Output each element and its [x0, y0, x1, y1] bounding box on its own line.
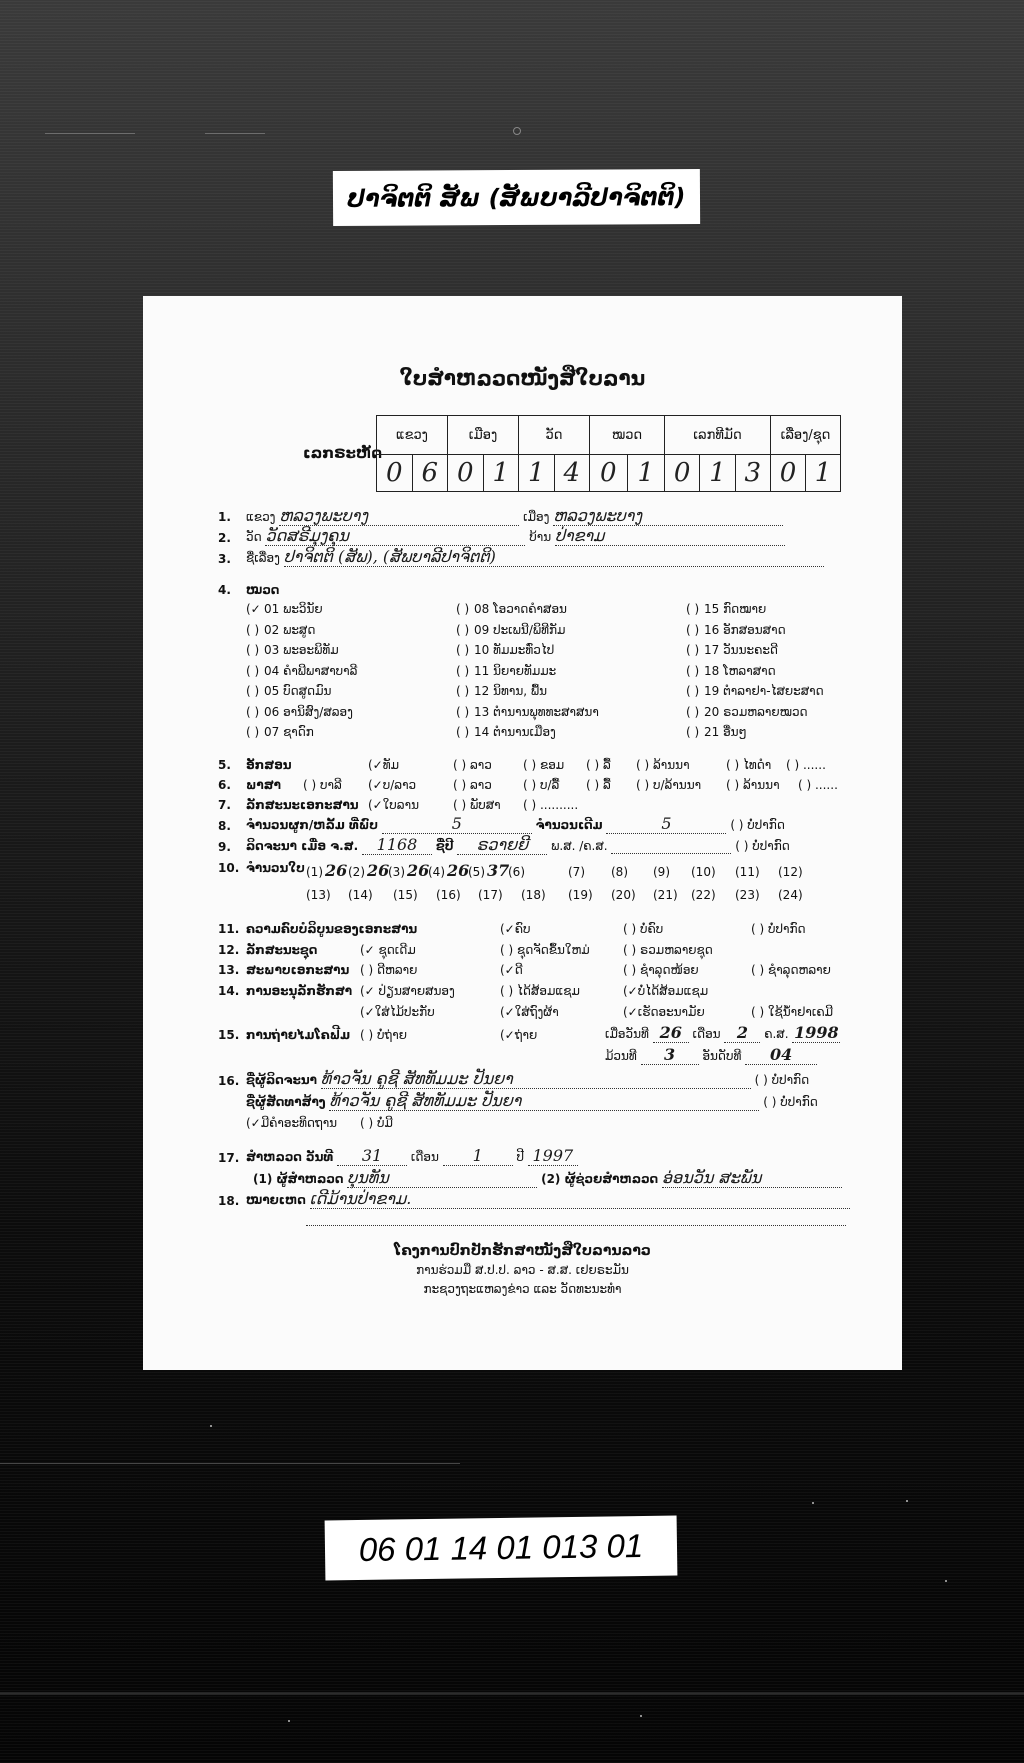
field-number: 12.: [218, 943, 239, 957]
ref-header-title-set: ເລື່ອງ/ຊຸດ: [771, 416, 841, 455]
field-label: ຄວາມຄົບບໍລິບູນຂອງເອກະສານ: [246, 922, 417, 936]
ref-digit: 3: [735, 455, 770, 492]
footer-project-name: ໂຄງການປົກປັກຮັກສາໜັງສືໃບລານລາວ: [143, 1242, 902, 1261]
village-value: ປ່າຂາມ: [555, 526, 785, 546]
language-option-pali-lue[interactable]: ( ) ບ/ລື້: [523, 778, 559, 792]
microfilm-option-filmed[interactable]: (✓ຖ່າຍ: [500, 1028, 537, 1042]
preservation-option-not-repaired[interactable]: (✓ບໍ່ໄດ້ສ້ອມແຊມ: [623, 984, 708, 998]
checkbox-icon: ( ): [686, 705, 704, 719]
ref-header-category: ໝວດ: [590, 416, 665, 455]
fascicles-found-value: 5: [382, 814, 532, 834]
leaf-count-entry: (18): [521, 884, 548, 903]
category-label: 15 ກົດໝາຍ: [704, 602, 766, 616]
leaf-index: (18): [521, 888, 546, 902]
leaf-count-entry: (9): [653, 861, 672, 880]
leaf-count-entry: (13): [306, 884, 333, 903]
type-option-folded-paper[interactable]: ( ) ພັບສາ: [453, 798, 501, 812]
leaf-count-entry: (2)26: [348, 861, 389, 880]
category-label: 19 ຕຳລາຢາ-ໄສຍະສາດ: [704, 684, 824, 698]
field-number: 1.: [218, 510, 231, 524]
leaf-index: (8): [611, 865, 628, 879]
preservation-option-cloth-bag[interactable]: (✓ໃສ່ຖົງຜ້າ: [500, 1005, 559, 1019]
speck: [513, 127, 521, 135]
ref-digit: 1: [806, 455, 841, 492]
leaf-count-entry: (4)26: [428, 861, 469, 880]
field-label: ການອະນຸລັກຮັກສາ: [246, 984, 352, 998]
script-option-khom[interactable]: ( ) ຂອມ: [523, 758, 564, 772]
speck: [906, 1500, 908, 1502]
leaf-index: (24): [778, 888, 803, 902]
leaf-index: (23): [735, 888, 760, 902]
leaf-count-value: 26: [447, 861, 469, 880]
leaf-count-entry: (16): [436, 884, 463, 903]
category-option[interactable]: ( )16 ອັກສອນສາດ: [686, 623, 786, 637]
category-label: 18 ໂຫລາສາດ: [704, 664, 776, 678]
completeness-option-unknown[interactable]: ( ) ບໍ່ປາກົດ: [751, 922, 806, 936]
leaf-index: (22): [691, 888, 716, 902]
colophon-option-yes[interactable]: (✓ມີຄຳອະທິດຖານ: [246, 1116, 337, 1130]
condition-option-good[interactable]: (✓ດີ: [500, 963, 523, 977]
field-number: 17.: [218, 1151, 239, 1165]
field-temple: ວັດ ວັດສຣີມຸງຄຸນ ບ້ານ ປ່າຂາມ: [246, 526, 785, 546]
leaf-index: (10): [691, 865, 716, 879]
remarks-line-2: [306, 1211, 846, 1226]
ref-header-district: ເມືອງ: [448, 416, 519, 455]
category-label: 13 ຕຳນານພຸທທະສາສນາ: [474, 705, 599, 719]
preservation-option-new-string[interactable]: (✓ ປ່ຽນສາຍສນອງ: [360, 984, 455, 998]
field-number: 13.: [218, 963, 239, 977]
field-label: ວັດ: [246, 530, 262, 544]
checkbox-icon: ( ): [246, 623, 264, 637]
sponsor-value: ທ້າວຈັນ ຄູຊີ ສັທທັມມະ ປັນຍາ: [329, 1091, 759, 1111]
checkbox-icon: ( ): [456, 705, 474, 719]
script-option-lanna[interactable]: ( ) ລ້ານນາ: [636, 758, 690, 772]
year-name-value: ຣວາຍຍີ: [457, 835, 547, 855]
field-label: ໝວດ: [246, 583, 279, 597]
field-number: 16.: [218, 1074, 239, 1088]
leaf-index: (6): [508, 865, 525, 879]
field-label: ລັກສະນະຊຸດ: [246, 943, 317, 957]
field-number: 11.: [218, 922, 239, 936]
microfilm-month: 2: [724, 1023, 760, 1043]
category-label: 03 ພະອະພິທັມ: [264, 643, 339, 657]
assistant-value: ອ່ອນວັນ ສະພັນ: [662, 1168, 842, 1188]
scan-streak: [0, 1692, 1024, 1695]
leaf-index: (14): [348, 888, 373, 902]
surveyor-value: ບຸນທັນ: [347, 1168, 537, 1188]
field-sponsor: ຊື່ຜູ້ສັດທາສ້າງ ທ້າວຈັນ ຄູຊີ ສັທທັມມະ ປັ…: [246, 1091, 818, 1111]
field-label: ຈຳນວນເດີມ: [536, 818, 603, 832]
microfilm-date: ເມື່ອວັນທີ 26 ເດືອນ 2 ຄ.ສ. 1998: [605, 1023, 840, 1043]
field-label: ຄ.ສ.: [764, 1027, 788, 1041]
field-province: ແຂວງ ຫລວງພະບາງ ເມືອງ ຫລວງພະບາງ: [246, 506, 783, 526]
ref-header-province: ແຂວງ: [377, 416, 448, 455]
field-number: 6.: [218, 778, 231, 792]
ref-digit: 1: [700, 455, 735, 492]
field-title: ຊື່ເລື່ອງ ປາຈິຕຕິ (ສັພ), (ສັພບາລີປາຈິຕຕິ…: [246, 547, 824, 567]
field-label: ຊື່ຜູ້ລິດຈະນາ: [246, 1073, 317, 1087]
checkbox-icon: ( ): [686, 684, 704, 698]
field-label: ເມືອງ: [523, 510, 549, 524]
field-label: ເມື່ອວັນທີ: [605, 1027, 649, 1041]
ref-digit: 0: [377, 455, 413, 492]
category-label: 06 ອານິສົງ/ສລອງ: [264, 705, 353, 719]
checkbox-icon: ( ): [456, 623, 474, 637]
field-label: ອັກສອນ: [246, 758, 292, 772]
field-label: ຈຳນວນໃບ: [246, 861, 305, 875]
field-label: ອັນດັບທີ: [702, 1049, 741, 1063]
scan-streak: [205, 133, 265, 134]
title-label: ປາຈິຕຕິ ສັພ (ສັພບາລີປາຈິຕຕິ): [333, 169, 700, 226]
category-option[interactable]: ( )15 ກົດໝາຍ: [686, 602, 766, 616]
category-option[interactable]: ( )03 ພະອະພິທັມ: [246, 643, 339, 657]
checkbox-icon: ( ): [686, 725, 704, 739]
category-option[interactable]: ( )07 ຊາດົກ: [246, 725, 314, 739]
category-label: 21 ອື່ນໆ: [704, 725, 747, 739]
checkbox-icon: ( ): [456, 725, 474, 739]
category-option[interactable]: ( )02 ພະສູດ: [246, 623, 315, 637]
leaf-count-value: 26: [367, 861, 389, 880]
condition-option-badly-damaged[interactable]: ( ) ຊຳລຸດຫລາຍ: [751, 963, 831, 977]
language-option-lao[interactable]: ( ) ລາວ: [453, 778, 492, 792]
leaf-count-entry: (8): [611, 861, 630, 880]
leaf-count-entry: (10): [691, 861, 718, 880]
language-option-pali[interactable]: ( ) ບາລີ: [303, 778, 342, 792]
language-option-lue[interactable]: ( ) ລື້: [586, 778, 611, 792]
field-fascicle-count: ຈຳນວນຜູກ/ຫລັ້ມ ທີ່ພົບ 5 ຈຳນວນເດີມ 5 ( ) …: [246, 814, 785, 834]
scan-streak: [0, 1463, 460, 1464]
preservation-option-wooden-covers[interactable]: (✓ໃສ່ໄມ້ປະກັບ: [360, 1005, 435, 1019]
category-label: 20 ຣວມຫລາຍໝວດ: [704, 705, 808, 719]
category-label: 01 ພະວິນັຍ: [264, 602, 323, 616]
form-title: ໃບສຳຫລວດໜັງສືໃບລານ: [143, 366, 902, 390]
category-label: 07 ຊາດົກ: [264, 725, 314, 739]
field-number: 14.: [218, 984, 239, 998]
leaf-count-entry: (17): [478, 884, 505, 903]
leaf-index: (17): [478, 888, 503, 902]
leaf-index: (11): [735, 865, 760, 879]
checkbox-icon: ( ): [456, 643, 474, 657]
title-value: ປາຈິຕຕິ (ສັພ), (ສັພບາລີປາຈິຕຕິ): [284, 547, 824, 567]
checkbox-icon: ( ): [686, 643, 704, 657]
leaf-count-value: 37: [487, 861, 509, 880]
type-option-other[interactable]: ( ) ..........: [523, 798, 578, 812]
leaf-index: (16): [436, 888, 461, 902]
category-option[interactable]: ( )09 ປະເພນີ/ພິທີກັມ: [456, 623, 565, 637]
survey-form: ໃບສຳຫລວດໜັງສືໃບລານ ເລກຣະຫັດ ແຂວງ ເມືອງ ວ…: [143, 296, 902, 1370]
condition-option-slightly-damaged[interactable]: ( ) ຊຳລຸດໜ້ອຍ: [623, 963, 699, 977]
field-survey-date: ສຳຫລວດ ວັນທີ 31 ເດືອນ 1 ປີ 1997: [246, 1146, 578, 1166]
category-label: 11 ນິຍາຍທັມມະ: [474, 664, 556, 678]
district-value: ຫລວງພະບາງ: [553, 506, 783, 526]
leaf-count-entry: (21): [653, 884, 680, 903]
ref-digit: 4: [554, 455, 590, 492]
leaf-index: (1): [306, 865, 323, 879]
remarks-value: ເດີມ້ານປ່າຂາມ.: [310, 1189, 850, 1209]
leaf-count-entry: (20): [611, 884, 638, 903]
leaf-index: (7): [568, 865, 585, 879]
checkbox-icon: ( ): [456, 664, 474, 678]
ref-digit: 6: [412, 455, 448, 492]
speck: [812, 1502, 814, 1504]
cs-year-value: 1168: [362, 835, 432, 855]
leaf-count-entry: (11): [735, 861, 762, 880]
field-number: 15.: [218, 1028, 239, 1042]
roll-value: 3: [641, 1045, 699, 1065]
field-label: ເດືອນ: [411, 1150, 439, 1164]
leaf-index: (15): [393, 888, 418, 902]
speck: [210, 1425, 212, 1427]
field-scribe: ຊື່ຜູ້ລິດຈະນາ ທ້າວຈັນ ຄູຊີ ສັທທັມມະ ປັນຍ…: [246, 1069, 809, 1089]
category-option[interactable]: ( )05 ບົດສູດມົນ: [246, 684, 331, 698]
field-label: ລິດຈະນາ ເມື່ອ ຈ.ສ.: [246, 839, 358, 853]
field-label: ພາສາ: [246, 778, 281, 792]
type-option-palm-leaf[interactable]: (✓ໃບລານ: [368, 798, 419, 812]
reference-number-table: ແຂວງ ເມືອງ ວັດ ໝວດ ເລກທີມັດ ເລື່ອງ/ຊຸດ 0…: [376, 415, 841, 492]
scan-streak: [45, 133, 135, 134]
sequence-value: 04: [745, 1045, 817, 1065]
leaf-count-entry: (15): [393, 884, 420, 903]
category-label: 09 ປະເພນີ/ພິທີກັມ: [474, 623, 565, 637]
preservation-option-repaired[interactable]: ( ) ໄດ້ສ້ອມແຊມ: [500, 984, 580, 998]
field-remarks: ໝາຍເຫດ ເດີມ້ານປ່າຂາມ.: [246, 1189, 850, 1209]
footer-ministry: ກະຊວງຖະແຫລງຂ່າວ ແລະ ວັດທະນະທຳ: [143, 1280, 902, 1299]
category-option[interactable]: ( )20 ຣວມຫລາຍໝວດ: [686, 705, 808, 719]
ref-digit: 0: [771, 455, 806, 492]
preservation-option-chemicals[interactable]: ( ) ໃຊ້ນ້ຳຢາເຄມີ: [751, 1005, 833, 1019]
leaf-count-entry: (22): [691, 884, 718, 903]
checkbox-icon: ( ): [246, 684, 264, 698]
field-number: 4.: [218, 583, 231, 597]
field-label: ໝາຍເຫດ: [246, 1193, 306, 1207]
leaf-count-entry: (23): [735, 884, 762, 903]
category-option[interactable]: ( )04 ຄຳພີພາສາບາລີ: [246, 664, 357, 678]
category-label: 14 ຕຳນານເມືອງ: [474, 725, 556, 739]
field-number: 3.: [218, 552, 231, 566]
leaf-count-entry: (5)37: [468, 861, 509, 880]
field-number: 2.: [218, 531, 231, 545]
leaf-count-value: 26: [325, 861, 347, 880]
scribe-value: ທ້າວຈັນ ຄູຊີ ສັທທັມມະ ປັນຍາ: [321, 1069, 751, 1089]
checkbox-icon: ( ): [686, 623, 704, 637]
field-number: 5.: [218, 758, 231, 772]
ref-digit: 0: [448, 455, 484, 492]
speck: [945, 1580, 947, 1582]
language-option-other[interactable]: ( ) ......: [798, 778, 838, 792]
survey-year: 1997: [528, 1146, 578, 1166]
reference-number-label-bottom: 06 01 14 01 013 01: [325, 1516, 678, 1581]
category-option[interactable]: ( )13 ຕຳນານພຸທທະສາສນາ: [456, 705, 599, 719]
category-option[interactable]: ( )18 ໂຫລາສາດ: [686, 664, 776, 678]
leaf-count-entry: (24): [778, 884, 805, 903]
leaf-count-entry: (3)26: [388, 861, 429, 880]
leaf-count-entry: (6): [508, 861, 527, 880]
field-number: 9.: [218, 840, 231, 854]
completeness-option-complete[interactable]: (✓ຄົບ: [500, 922, 531, 936]
category-label: 16 ອັກສອນສາດ: [704, 623, 786, 637]
checkbox-icon: ( ): [456, 684, 474, 698]
speck: [640, 1715, 642, 1717]
category-label: 12 ນິທານ, ພື້ນ: [474, 684, 547, 698]
category-label: 02 ພະສູດ: [264, 623, 315, 637]
checkmark-icon: (✓: [246, 602, 264, 616]
field-number: 10.: [218, 861, 239, 875]
leaf-index: (4): [428, 865, 445, 879]
field-label: (1) ຜູ້ສຳຫລວດ: [253, 1172, 343, 1186]
category-label: 10 ທັມມະທົ່ວໄປ: [474, 643, 554, 657]
ref-digit: 1: [519, 455, 555, 492]
ref-digit: 0: [590, 455, 628, 492]
field-label: ມ້ວນທີ: [605, 1049, 637, 1063]
checkbox-icon: ( ): [456, 602, 474, 616]
leaf-count-entry: (12): [778, 861, 805, 880]
microfilm-roll: ມ້ວນທີ 3 ອັນດັບທີ 04: [605, 1045, 817, 1065]
unknown-option[interactable]: ( ) ບໍ່ປາກົດ: [730, 818, 785, 832]
microfilm-day: 26: [653, 1023, 689, 1043]
set-option-original[interactable]: (✓ ຊຸດເດີມ: [360, 943, 416, 957]
unknown-option[interactable]: ( ) ບໍ່ປາກົດ: [755, 1073, 810, 1087]
language-option-pali-lanna[interactable]: ( ) ບ/ລ້ານນາ: [636, 778, 701, 792]
script-option-lue[interactable]: ( ) ລື້: [586, 758, 611, 772]
field-label: ບ້ານ: [529, 530, 551, 544]
leaf-count-entry: (14): [348, 884, 375, 903]
completeness-option-incomplete[interactable]: ( ) ບໍ່ຄົບ: [623, 922, 663, 936]
ref-header-temple: ວັດ: [519, 416, 590, 455]
leaf-count-value: 26: [407, 861, 429, 880]
script-option-tai-dam[interactable]: ( ) ໄທດຳ: [726, 758, 771, 772]
set-option-newly-compiled[interactable]: ( ) ຊຸດຈັດຂຶ້ນໃຫມ່: [500, 943, 590, 957]
leaf-index: (9): [653, 865, 670, 879]
checkbox-icon: ( ): [686, 602, 704, 616]
category-label: 17 ວັນນະຄະດີ: [704, 643, 778, 657]
field-label: ປີ: [517, 1150, 525, 1164]
category-option[interactable]: ( )12 ນິທານ, ພື້ນ: [456, 684, 547, 698]
checkbox-icon: ( ): [246, 664, 264, 678]
form-footer: ໂຄງການປົກປັກຮັກສາໜັງສືໃບລານລາວ ການຮ່ວມມື…: [143, 1242, 902, 1299]
field-label: ຊື່ປີ: [436, 839, 454, 853]
ref-digit: 1: [627, 455, 665, 492]
checkbox-icon: ( ): [246, 725, 264, 739]
fascicles-original-value: 5: [606, 814, 726, 834]
script-option-tham[interactable]: (✓ທັມ: [368, 758, 399, 772]
field-label: ການຖ່າຍໄມໂຄຟີມ: [246, 1028, 350, 1042]
category-option[interactable]: ( )19 ຕຳລາຢາ-ໄສຍະສາດ: [686, 684, 824, 698]
reference-number-label: ເລກຣະຫັດ: [303, 444, 382, 462]
field-label: ເດືອນ: [693, 1027, 721, 1041]
script-option-lao[interactable]: ( ) ລາວ: [453, 758, 492, 772]
leaf-index: (20): [611, 888, 636, 902]
field-number: 8.: [218, 819, 231, 833]
leaf-index: (3): [388, 865, 405, 879]
set-option-multiple[interactable]: ( ) ຣວມຫລາຍຊຸດ: [623, 943, 713, 957]
unknown-option[interactable]: ( ) ບໍ່ປາກົດ: [763, 1095, 818, 1109]
language-option-pali-lao[interactable]: (✓ບ/ລາວ: [368, 778, 416, 792]
field-label: ຊື່ຜູ້ສັດທາສ້າງ: [246, 1095, 326, 1109]
field-label: ລັກສະນະເອກະສານ: [246, 798, 359, 812]
field-surveyors: (1) ຜູ້ສຳຫລວດ ບຸນທັນ (2) ຜູ້ຊ່ວຍສຳຫລວດ ອ…: [253, 1168, 842, 1188]
condition-option-very-good[interactable]: ( ) ດີຫລາຍ: [360, 963, 417, 977]
preservation-option-cleaned[interactable]: (✓ເຮັດອະນາມັຍ: [623, 1005, 705, 1019]
footer-cooperation: ການຮ່ວມມື ສ.ປ.ປ. ລາວ - ສ.ສ. ເຢຍຣະມັນ: [143, 1261, 902, 1280]
field-number: 18.: [218, 1194, 239, 1208]
checkbox-icon: ( ): [246, 643, 264, 657]
colophon-option-no[interactable]: ( ) ບໍ່ມີ: [360, 1116, 393, 1130]
field-label: (2) ຜູ້ຊ່ວຍສຳຫລວດ: [541, 1172, 658, 1186]
field-label: ແຂວງ: [246, 510, 275, 524]
category-label: 04 ຄຳພີພາສາບາລີ: [264, 664, 357, 678]
checkbox-icon: ( ): [686, 664, 704, 678]
microfilm-option-not-filmed[interactable]: ( ) ບໍ່ຖ່າຍ: [360, 1028, 407, 1042]
script-option-other[interactable]: ( ) ......: [786, 758, 826, 772]
category-label: 05 ບົດສູດມົນ: [264, 684, 331, 698]
category-option[interactable]: ( )14 ຕຳນານເມືອງ: [456, 725, 556, 739]
category-option[interactable]: ( )06 ອານິສົງ/ສລອງ: [246, 705, 353, 719]
unknown-option[interactable]: ( ) ບໍ່ປາກົດ: [735, 839, 790, 853]
category-label: 08 ໂອວາດຄຳສອນ: [474, 602, 567, 616]
ref-digit: 0: [665, 455, 700, 492]
leaf-count-entry: (1)26: [306, 861, 347, 880]
leaf-count-entry: (19): [568, 884, 595, 903]
survey-day: 31: [337, 1146, 407, 1166]
leaf-index: (12): [778, 865, 803, 879]
leaf-index: (19): [568, 888, 593, 902]
temple-value: ວັດສຣີມຸງຄຸນ: [265, 526, 525, 546]
category-option[interactable]: ( )10 ທັມມະທົ່ວໄປ: [456, 643, 554, 657]
leaf-index: (2): [348, 865, 365, 879]
field-date-written: ລິດຈະນາ ເມື່ອ ຈ.ສ. 1168 ຊື່ປີ ຣວາຍຍີ ພ.ສ…: [246, 835, 790, 855]
field-label: ສະພາບເອກະສານ: [246, 963, 349, 977]
category-option[interactable]: ( )11 ນິຍາຍທັມມະ: [456, 664, 556, 678]
survey-month: 1: [443, 1146, 513, 1166]
microfilm-year: 1998: [792, 1023, 840, 1043]
speck: [288, 1720, 290, 1722]
category-option[interactable]: (✓01 ພະວິນັຍ: [246, 602, 323, 616]
leaf-index: (13): [306, 888, 331, 902]
leaf-index: (5): [468, 865, 485, 879]
field-number: 7.: [218, 798, 231, 812]
leaf-count-entry: (7): [568, 861, 587, 880]
field-label: ສຳຫລວດ ວັນທີ: [246, 1150, 333, 1164]
field-label: ຊື່ເລື່ອງ: [246, 551, 280, 565]
checkbox-icon: ( ): [246, 705, 264, 719]
category-option[interactable]: ( )17 ວັນນະຄະດີ: [686, 643, 778, 657]
ref-digit: 1: [483, 455, 519, 492]
province-value: ຫລວງພະບາງ: [279, 506, 519, 526]
leaf-index: (21): [653, 888, 678, 902]
category-option[interactable]: ( )21 ອື່ນໆ: [686, 725, 747, 739]
field-label: ຈຳນວນຜູກ/ຫລັ້ມ ທີ່ພົບ: [246, 818, 378, 832]
field-label: ພ.ສ. /ຄ.ສ.: [551, 839, 607, 853]
ref-header-bundle-number: ເລກທີມັດ: [665, 416, 771, 455]
category-option[interactable]: ( )08 ໂອວາດຄຳສອນ: [456, 602, 567, 616]
language-option-lanna[interactable]: ( ) ລ້ານນາ: [726, 778, 780, 792]
